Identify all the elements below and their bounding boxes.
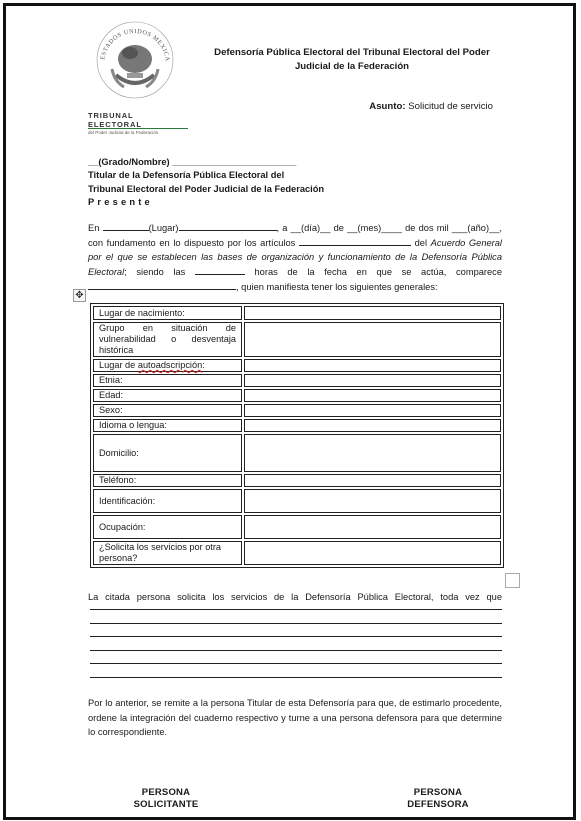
- grupo-vulnerabilidad-field[interactable]: [244, 322, 501, 357]
- comparece-blank[interactable]: [88, 280, 236, 290]
- ocupacion-label: Ocupación:: [93, 515, 242, 539]
- intro-text-6: , quien manifiesta tener los siguientes …: [236, 282, 438, 292]
- intro-text-4: ; siendo las: [124, 267, 185, 277]
- subject-label: Asunto:: [369, 101, 405, 112]
- sexo-label: Sexo:: [93, 404, 242, 417]
- table-move-handle-icon[interactable]: ✥: [73, 289, 86, 302]
- spellcheck-flagged-word[interactable]: autoadscripción: [138, 360, 202, 370]
- addressee-name-line[interactable]: __(Grado/Nombre) _______________________…: [88, 156, 324, 169]
- signature-label: SOLICITANTE: [91, 799, 241, 811]
- tribunal-logo-text: TRIBUNAL ELECTORAL del Poder Judicial de…: [88, 111, 190, 135]
- table-resize-handle[interactable]: [505, 573, 520, 588]
- table-row: Edad:: [93, 389, 501, 402]
- domicilio-label: Domicilio:: [93, 434, 242, 472]
- intro-text-5: horas de la fecha en que se actúa, compa…: [255, 267, 502, 277]
- edad-label: Edad:: [93, 389, 242, 402]
- presente-line: Presente: [88, 196, 324, 209]
- coat-of-arms-seal-icon: ESTADOS UNIDOS MEXICANOS: [94, 19, 176, 101]
- blank-writing-line[interactable]: [90, 623, 502, 624]
- articulos-blank[interactable]: [299, 236, 411, 246]
- domicilio-field[interactable]: [244, 434, 501, 472]
- blank-writing-line[interactable]: [90, 636, 502, 637]
- lugar-placeholder: (Lugar): [149, 223, 179, 233]
- intro-text: En: [88, 223, 99, 233]
- closing-paragraph: Por lo anterior, se remite a la persona …: [88, 696, 502, 740]
- table-row: ¿Solicita los servicios por otra persona…: [93, 541, 501, 565]
- label-text: :: [202, 360, 205, 370]
- intro-paragraph[interactable]: En (Lugar), a __(día)__ de __(mes)____ d…: [88, 221, 502, 295]
- blank-writing-line[interactable]: [90, 609, 502, 610]
- label-text: Lugar de: [99, 360, 138, 370]
- etnia-field[interactable]: [244, 374, 501, 387]
- signature-label: DEFENSORA: [363, 799, 513, 811]
- signature-defensora: PERSONA DEFENSORA: [363, 787, 513, 811]
- lugar-blank-2[interactable]: [179, 221, 277, 231]
- table-row: Idioma o lengua:: [93, 419, 501, 432]
- identificacion-label: Identificación:: [93, 489, 242, 513]
- lugar-nacimiento-label: Lugar de nacimiento:: [93, 306, 242, 320]
- blank-writing-line[interactable]: [90, 663, 502, 664]
- telefono-label: Teléfono:: [93, 474, 242, 487]
- generales-table: Lugar de nacimiento: Grupo en situación …: [90, 303, 504, 568]
- subject-line: Asunto: Solicitud de servicio: [369, 101, 493, 112]
- signature-label: PERSONA: [363, 787, 513, 799]
- table-row: Grupo en situación de vulnerabilidad o d…: [93, 322, 501, 357]
- autoadscripcion-label: Lugar de autoadscripción:: [93, 359, 242, 372]
- addressee-title-line: Titular de la Defensoría Pública Elector…: [88, 169, 324, 182]
- signature-label: PERSONA: [91, 787, 241, 799]
- sexo-field[interactable]: [244, 404, 501, 417]
- solicita-otra-persona-field[interactable]: [244, 541, 501, 565]
- document-page: ESTADOS UNIDOS MEXICANOS TRIBUNAL ELECTO…: [3, 3, 576, 820]
- intro-text-3: del: [415, 238, 427, 248]
- document-header-title: Defensoría Pública Electoral del Tribuna…: [196, 46, 508, 74]
- org-subtitle: del Poder Judicial de la Federación: [88, 130, 190, 135]
- grupo-vulnerabilidad-label: Grupo en situación de vulnerabilidad o d…: [93, 322, 242, 357]
- table-row: Lugar de nacimiento:: [93, 306, 501, 320]
- lugar-blank[interactable]: [103, 221, 149, 231]
- solicita-otra-persona-label: ¿Solicita los servicios por otra persona…: [93, 541, 242, 565]
- identificacion-field[interactable]: [244, 489, 501, 513]
- reason-paragraph: La citada persona solicita los servicios…: [88, 590, 502, 605]
- signature-solicitante: PERSONA SOLICITANTE: [91, 787, 241, 811]
- table-row: Lugar de autoadscripción:: [93, 359, 501, 372]
- horas-blank[interactable]: [195, 265, 245, 275]
- idioma-field[interactable]: [244, 419, 501, 432]
- table-row: Identificación:: [93, 489, 501, 513]
- ocupacion-field[interactable]: [244, 515, 501, 539]
- subject-value: Solicitud de servicio: [408, 101, 493, 112]
- addressee-institution-line: Tribunal Electoral del Poder Judicial de…: [88, 183, 324, 196]
- blank-writing-line[interactable]: [90, 650, 502, 651]
- edad-field[interactable]: [244, 389, 501, 402]
- lugar-nacimiento-field[interactable]: [244, 306, 501, 320]
- table-row: Teléfono:: [93, 474, 501, 487]
- table-row: Domicilio:: [93, 434, 501, 472]
- idioma-label: Idioma o lengua:: [93, 419, 242, 432]
- logo-divider: [88, 128, 188, 129]
- table-row: Sexo:: [93, 404, 501, 417]
- autoadscripcion-field[interactable]: [244, 359, 501, 372]
- org-name: TRIBUNAL ELECTORAL: [88, 111, 190, 129]
- telefono-field[interactable]: [244, 474, 501, 487]
- addressee-block: __(Grado/Nombre) _______________________…: [88, 156, 324, 209]
- table-row: Ocupación:: [93, 515, 501, 539]
- etnia-label: Etnia:: [93, 374, 242, 387]
- table-row: Etnia:: [93, 374, 501, 387]
- blank-writing-line[interactable]: [90, 677, 502, 678]
